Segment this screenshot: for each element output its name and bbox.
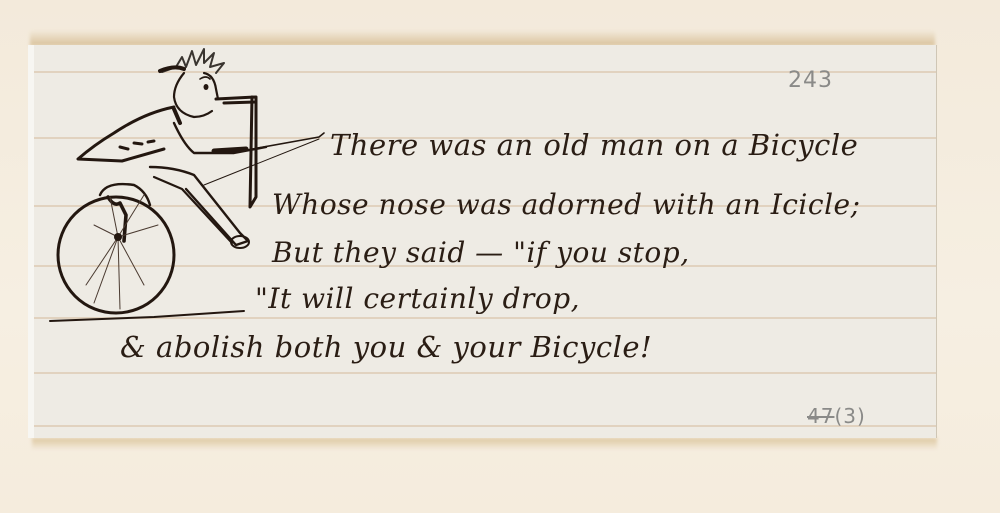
ruled-line bbox=[34, 425, 936, 427]
poem-line-3: But they said — "if you stop, bbox=[272, 236, 690, 269]
shelfmark-struck: 47 bbox=[807, 404, 834, 428]
folio-number: 243 bbox=[788, 68, 833, 93]
poem-line-5: & abolish both you & your Bicycle! bbox=[120, 330, 652, 364]
paper-shadow-top bbox=[30, 30, 935, 46]
poem-line-4: "It will certainly drop, bbox=[255, 282, 580, 315]
shelfmark-note: (3) bbox=[834, 404, 865, 428]
poem-line-1: There was an old man on a Bicycle bbox=[330, 128, 858, 162]
paper-shadow-bottom bbox=[32, 438, 937, 450]
shelfmark: 47(3) bbox=[807, 404, 866, 428]
poem-line-2: Whose nose was adorned with an Icicle; bbox=[272, 188, 861, 221]
ruled-line bbox=[34, 372, 936, 374]
